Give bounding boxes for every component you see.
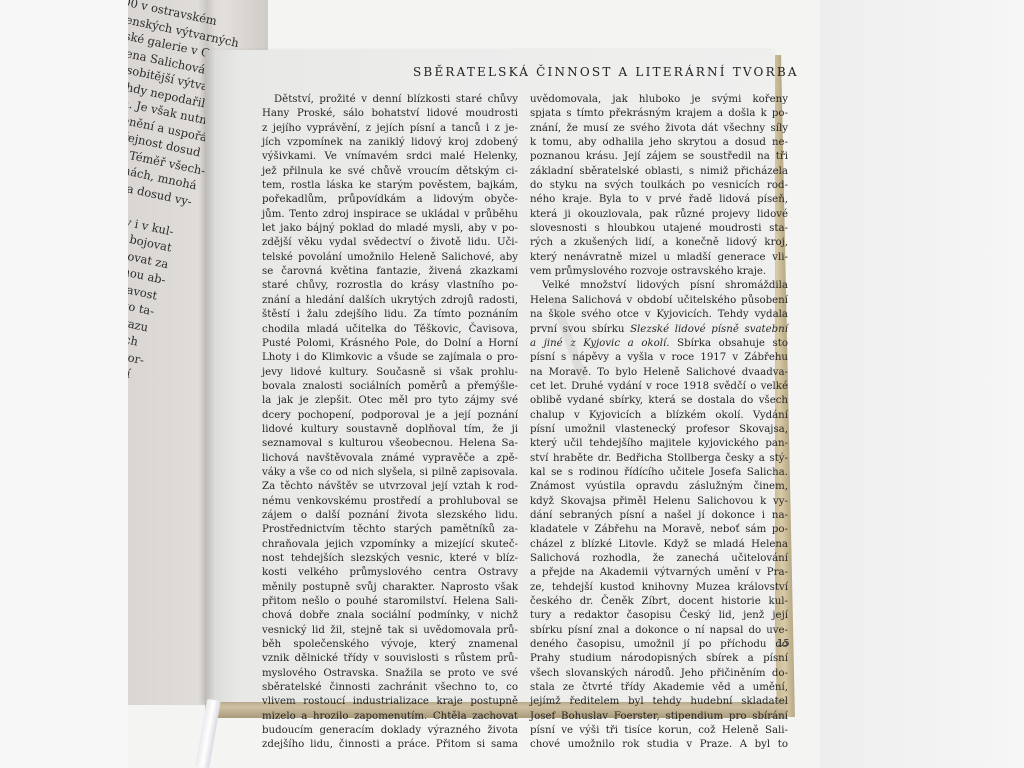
text-line: základní sběratelské oblasti, s nimiž př… (530, 165, 788, 179)
text-line: ze, tehdejší kustod knihovny Muzea králo… (530, 581, 788, 595)
background-left (0, 0, 128, 768)
text-line: tem, rostla láska ke starým pověstem, ba… (262, 179, 518, 193)
text-line: Za těchto návštěv se utvrzoval její vzta… (262, 480, 518, 494)
text-line: vznik dělnické třídy v souvislosti s růs… (262, 652, 518, 666)
text-line: Lhoty i do Klimkovic a všude se zajímala… (262, 351, 518, 365)
text-line: zdější věku vydal svědectví o životě lid… (262, 236, 518, 250)
text-line: Helena Salichová v období učitelského pů… (530, 294, 788, 308)
text-line: poznanou krásu. Její zájem se soustředil… (530, 150, 788, 164)
text-line: spjata s tímto překrásným krajem a došla… (530, 107, 788, 121)
text-line: bovala znalosti sociálních poměrů a přem… (262, 380, 518, 394)
text-line: znání a hledání dalších ukrytých zdrojů … (262, 294, 518, 308)
text-line: a jiné z Kyjovic a okolí. Sbírka obsahuj… (530, 337, 788, 351)
text-line: ného kraje. Byla to v prvé řadě lidová p… (530, 193, 788, 207)
text-line: písní umožnil vlastenecký profesor Skova… (530, 423, 788, 437)
text-line: jejímž ředitelem byl tehdy hudební sklad… (530, 695, 788, 709)
text-line: staré chůvy, rozrostla do krásy vlastníh… (262, 279, 518, 293)
text-line: uvědomovala, jak hluboko je svými kořeny (530, 93, 788, 107)
text-line: českého dr. Čeněk Zíbrt, docent historie… (530, 595, 788, 609)
text-line: která ji okouzlovala, pak různé projevy … (530, 208, 788, 222)
text-line: váky a vše co od nich slyšela, si pilně … (262, 466, 518, 480)
text-line: tury a redaktor časopisu Český lid, jenž… (530, 609, 788, 623)
text-line: oblibě vydané sbírky, která se dostala d… (530, 394, 788, 408)
text-line: jevy lidové kultury. Současně si však pr… (262, 366, 518, 380)
text-line: znání, že musí ze svého života dát všech… (530, 122, 788, 136)
text-line: kal se s rodinou řídícího učitele Josefa… (530, 466, 788, 480)
text-line: se čarovná květina fantazie, živená zkaz… (262, 265, 518, 279)
text-line: sbírku písní znal a dokonce o ní napsal … (530, 624, 788, 638)
text-line: který učil tehdejšího majitele kyjovické… (530, 437, 788, 451)
text-line: mizelo a hrozilo zapomenutím. Chtěla zac… (262, 710, 518, 724)
text-line: kladatele v Zábřehu na Moravě, neboť sám… (530, 523, 788, 537)
text-line: písní s nápěvy a vyšla v roce 1917 v Záb… (530, 351, 788, 365)
text-line: Prostřednictvím těchto starých pamětníků… (262, 523, 518, 537)
text-line: výšivkami. Ve vnímavém srdci malé Helenk… (262, 150, 518, 164)
text-line: Známost vyústila opravdu záslužným činem… (530, 480, 788, 494)
text-line: rých a zkušených lidí, a konečně lidový … (530, 236, 788, 250)
text-line: chraňovala jejich vzpomínky a mizející s… (262, 538, 518, 552)
text-line: cházel z blízké Litovle. Když se mladá H… (530, 538, 788, 552)
text-line: dání sebraných písní a našel jí dokonce … (530, 509, 788, 523)
text-line: jích vzpomínek na zaniklý lidový kroj zd… (262, 136, 518, 150)
text-line: deného časopisu, umožnil jí po příchodu … (530, 638, 788, 652)
text-line: vesnický lid žil, stejně tak si uvědomov… (262, 624, 518, 638)
background-right (820, 0, 1024, 768)
text-line: vem průmyslového rozvoje ostravského kra… (530, 265, 788, 279)
text-line: zájem o další poznání života slezského l… (262, 509, 518, 523)
text-line: chalup v Kyjovicích a blízkém okolí. Vyd… (530, 409, 788, 423)
text-line: stala ze čtvrté třídy Akademie věd a umě… (530, 681, 788, 695)
text-line: lichová navštěvovala známé vypravěče a z… (262, 452, 518, 466)
text-line: do styku na svých toulkách po vesnicích … (530, 179, 788, 193)
text-line: na Moravě. To bylo Heleně Salichové dvaa… (530, 366, 788, 380)
text-line: let jako bájný poklad do mladé mysli, ab… (262, 222, 518, 236)
text-line: písní ve výši tři tisíce korun, což Hele… (530, 724, 788, 738)
text-line: chová dobře znala sociální podmínky, v n… (262, 609, 518, 623)
text-line: jům. Tento zdroj inspirace se ukládal v … (262, 208, 518, 222)
text-line: lidové kultury soustavně doplňoval tím, … (262, 423, 518, 437)
text-line: na škole svého otce v Kyjovicích. Tehdy … (530, 308, 788, 322)
text-line: kosti velkého průmyslového centra Ostrav… (262, 566, 518, 580)
text-line: budoucím generacím doklady výrazného živ… (262, 724, 518, 738)
book-title-italic: Slezské lidové písně svatební (630, 324, 788, 335)
text-line: telské povolání umožnilo Heleně Salichov… (262, 251, 518, 265)
text-line: Josef Bohuslav Foerster, stipendium pro … (530, 710, 788, 724)
text-line: Salichová rozhodla, že zanechá učitelová… (530, 552, 788, 566)
text-line: Pusté Polomi, Krásného Pole, do Dolní a … (262, 337, 518, 351)
text-line: měnily postupně svůj charakter. Naprosto… (262, 581, 518, 595)
text-line: běh společenského vývoje, který znamenal (262, 638, 518, 652)
text-line: seznamoval s kulturou všeobecnou. Helena… (262, 437, 518, 451)
text-column-left: Dětství, prožité v denní blízkosti staré… (262, 93, 518, 753)
text-line: a přejde na Akademii výtvarných umění v … (530, 566, 788, 580)
text-line: slovesnosti s hloubkou utajené moudrosti… (530, 222, 788, 236)
text-column-right: uvědomovala, jak hluboko je svými kořeny… (530, 93, 788, 753)
book-title-italic: a jiné z Kyjovic a okolí (530, 338, 666, 349)
text-line: nému venkovskému prostředí a prohluboval… (262, 495, 518, 509)
text-line: vlivem rostoucí industrializace kraje po… (262, 695, 518, 709)
text-line: Velké množství lidových písní shromáždil… (530, 279, 788, 293)
text-line: jež přilnula ke své chůvě vroucím dětský… (262, 165, 518, 179)
text-line: přitom nešlo o pouhé staromilství. Helen… (262, 595, 518, 609)
text-line: la jak je zlepšit. Otec měl pro tyto záj… (262, 394, 518, 408)
text-line: dcery pochopení, podporoval je a její po… (262, 409, 518, 423)
text-line: pořekadlům, průpovídkám a lidovým obyče- (262, 193, 518, 207)
chapter-title: SBĚRATELSKÁ ČINNOST A LITERÁRNÍ TVORBA (413, 65, 758, 79)
text-line: sběratelské činnosti zachránit všechno t… (262, 681, 518, 695)
text-line: chové umožnilo rok studia v Praze. A byl… (530, 738, 788, 752)
text-line: cet let. Druhé vydání v roce 1918 svědčí… (530, 380, 788, 394)
text-line: Dětství, prožité v denní blízkosti staré… (262, 93, 518, 107)
text-line: Hany Proské, sálo bohatství lidové moudr… (262, 107, 518, 121)
text-line: Prahy studium národopisných sbírek a pís… (530, 652, 788, 666)
text-line: všech slovanských národů. Jeho přičinění… (530, 667, 788, 681)
text-line: štěstí i žalu zdejšího lidu. Za tímto po… (262, 308, 518, 322)
text-line: chodila mladá učitelka do Těškovic, Čavi… (262, 323, 518, 337)
text-line: myslového Ostravska. Snažila se proto ve… (262, 667, 518, 681)
text-line: když Skovajsa přiměl Helenu Salichovou k… (530, 495, 788, 509)
text-line: první svou sbírku Slezské lidové písně s… (530, 323, 788, 337)
text-line: z jejího vyprávění, z jejích písní a tan… (262, 122, 518, 136)
text-line: zdejšího lidu, činnosti a práce. Přitom … (262, 738, 518, 752)
book-gutter (205, 50, 215, 702)
text-line: nost tehdejších slezských vesnic, které … (262, 552, 518, 566)
bookmark-ribbon (195, 699, 221, 768)
text-line: k tomu, aby odhalila jeho skrytou a dosu… (530, 136, 788, 150)
page-number: 15 (777, 638, 790, 649)
text-line: ství hraběte dr. Bedřicha Stollberga čes… (530, 452, 788, 466)
text-line: který nenávratně mizel u mladší generace… (530, 251, 788, 265)
